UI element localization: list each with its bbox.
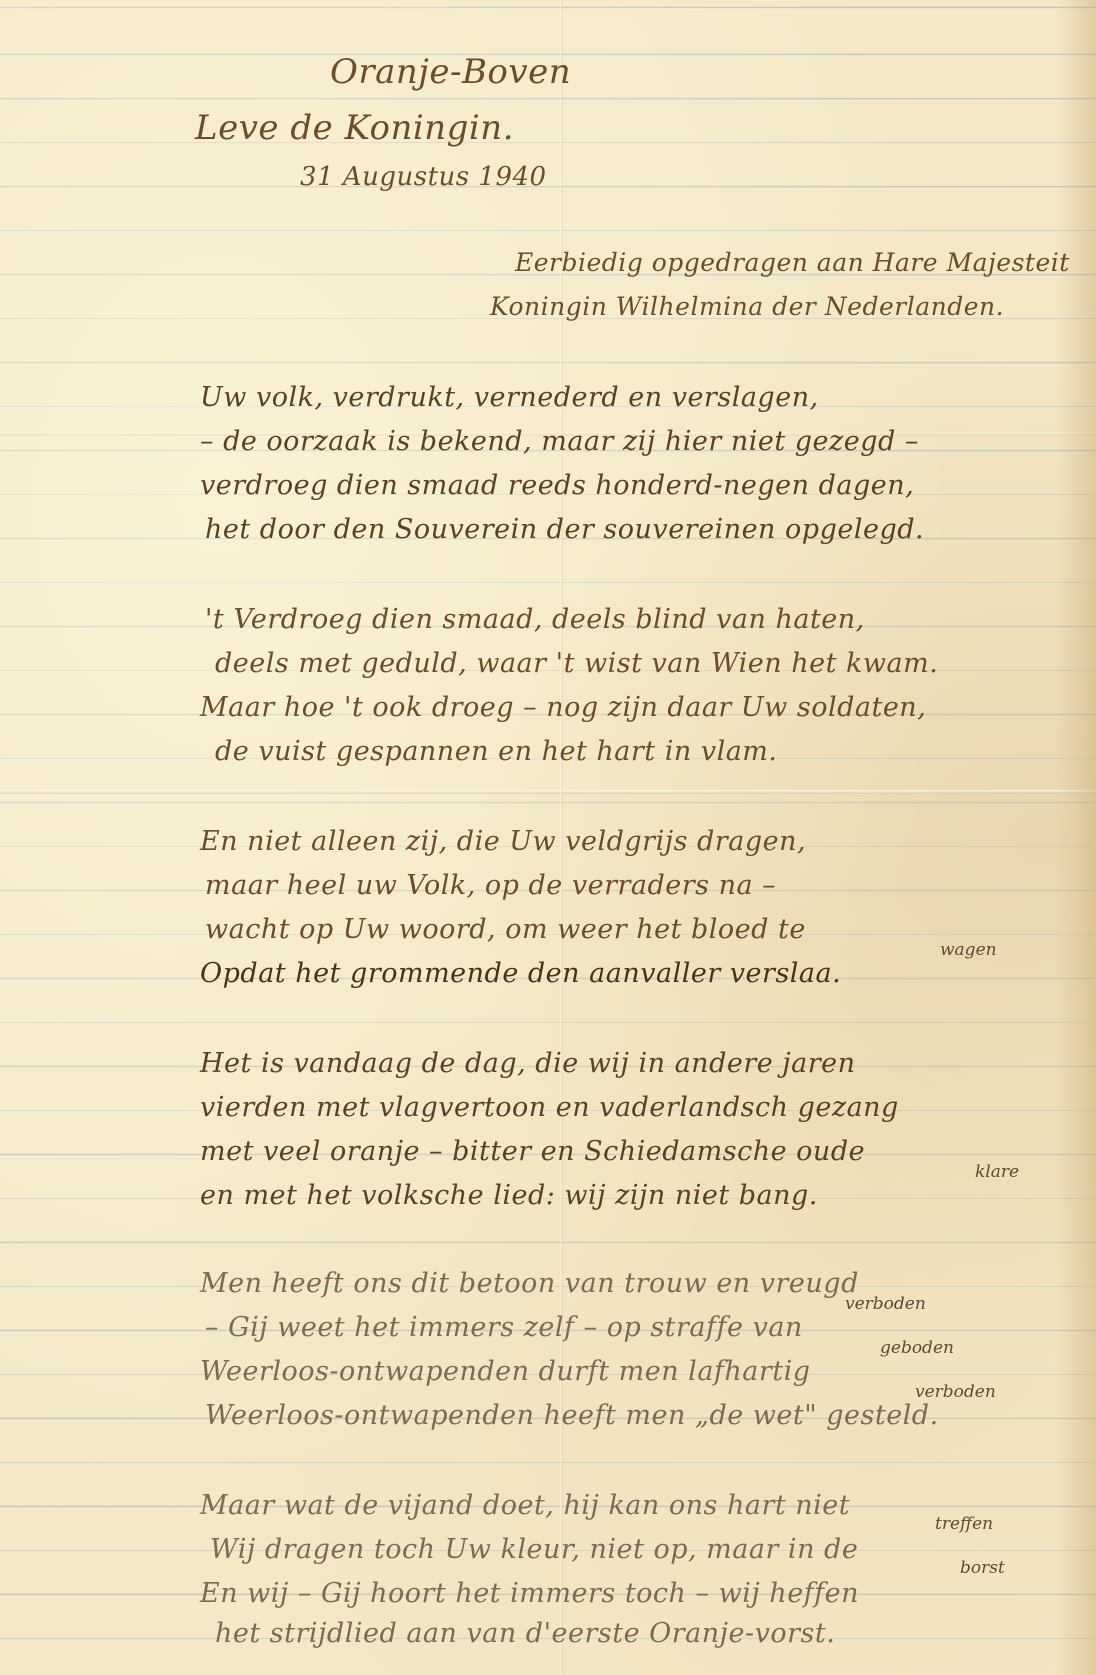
verse-line: Het is vandaag de dag, die wij in andere… xyxy=(200,1048,856,1079)
verse-line: deels met geduld, waar 't wist van Wien … xyxy=(215,648,938,679)
date-line: 31 Augustus 1940 xyxy=(300,162,547,192)
horizontal-fold-crease xyxy=(0,790,1096,794)
letter-page: Oranje-Boven Leve de Koningin. 31 August… xyxy=(0,0,1096,1675)
verse-line: – Gij weet het immers zelf – op straffe … xyxy=(205,1312,803,1343)
verse-line: En niet alleen zij, die Uw veldgrijs dra… xyxy=(200,826,806,857)
heading-line-1: Oranje-Boven xyxy=(330,52,571,92)
verse-line: Maar hoe 't ook droeg – nog zijn daar Uw… xyxy=(200,692,926,723)
verse-line: met veel oranje – bitter en Schiedamsche… xyxy=(200,1136,865,1167)
dedication-line-1: Eerbiedig opgedragen aan Hare Majesteit xyxy=(515,248,1070,277)
interlinear-insertion: verboden xyxy=(845,1294,926,1314)
interlinear-insertion: treffen xyxy=(935,1514,993,1534)
verse-line: maar heel uw Volk, op de verraders na – xyxy=(205,870,776,901)
verse-line: Men heeft ons dit betoon van trouw en vr… xyxy=(200,1268,859,1299)
verse-line: en met het volksche lied: wij zijn niet … xyxy=(200,1180,818,1211)
interlinear-insertion: klare xyxy=(975,1162,1019,1182)
verse-line: het door den Souverein der souvereinen o… xyxy=(205,514,924,545)
verse-line: Weerloos-ontwapenden heeft men „de wet" … xyxy=(205,1400,939,1431)
verse-line: – de oorzaak is bekend, maar zij hier ni… xyxy=(200,426,919,457)
verse-line: verdroeg dien smaad reeds honderd-negen … xyxy=(200,470,914,501)
verse-line: Weerloos-ontwapenden durft men lafhartig xyxy=(200,1356,811,1387)
interlinear-insertion: geboden xyxy=(880,1338,954,1358)
verse-line: de vuist gespannen en het hart in vlam. xyxy=(215,736,778,767)
verse-line: En wij – Gij hoort het immers toch – wij… xyxy=(200,1578,859,1609)
verse-line: Uw volk, verdrukt, vernederd en verslage… xyxy=(200,382,819,413)
verse-line: wacht op Uw woord, om weer het bloed te xyxy=(205,914,806,945)
verse-line: Wij dragen toch Uw kleur, niet op, maar … xyxy=(210,1534,858,1565)
interlinear-insertion: verboden xyxy=(915,1382,996,1402)
verse-line: Opdat het grommende den aanvaller versla… xyxy=(200,958,841,989)
verse-line: vierden met vlagvertoon en vaderlandsch … xyxy=(200,1092,899,1123)
verse-line: het strijdlied aan van d'eerste Oranje-v… xyxy=(215,1618,835,1649)
heading-line-2: Leve de Koningin. xyxy=(195,108,514,148)
verse-line: 't Verdroeg dien smaad, deels blind van … xyxy=(205,604,865,635)
dedication-line-2: Koningin Wilhelmina der Nederlanden. xyxy=(490,292,1004,321)
interlinear-insertion: borst xyxy=(960,1558,1005,1578)
verse-line: Maar wat de vijand doet, hij kan ons har… xyxy=(200,1490,850,1521)
interlinear-insertion: wagen xyxy=(940,940,997,960)
